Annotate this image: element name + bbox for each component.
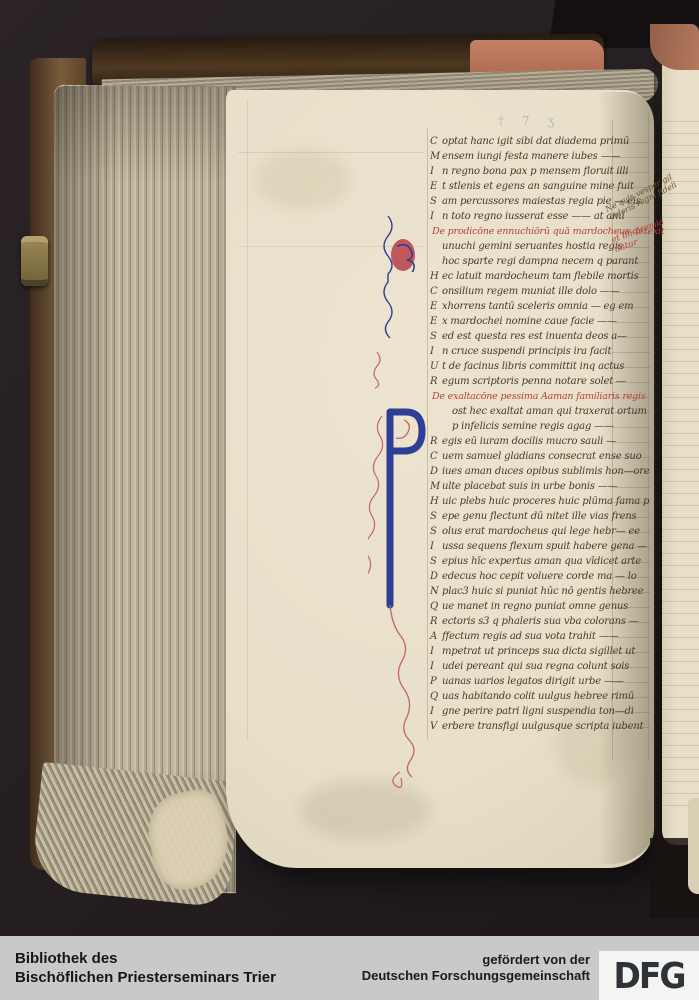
book-clasp — [21, 236, 48, 286]
funding-credit: gefördert von der Deutschen Forschungsge… — [362, 952, 590, 984]
line-initial: V — [430, 719, 442, 734]
line-text: epius hīc expertus aman qua vīdicet arte — [442, 556, 641, 567]
manuscript-line: Diues aman duces opibus sublimis hon—ore — [430, 464, 656, 479]
line-text: ulte placebat suis in urbe bonis —— — [442, 481, 617, 492]
line-text: t stlenis et egens an sanguine mine fuit — [442, 181, 634, 192]
library-name: Bibliothek des Bischöflichen Priestersem… — [15, 949, 276, 987]
manuscript-line: Sed est questa res est inuenta deos a— — [430, 329, 656, 344]
line-initial: R — [430, 434, 442, 449]
line-text: iues aman duces opibus sublimis hon—ore — [442, 466, 650, 477]
manuscript-line: Impetrat ut princeps sua dicta sigillet … — [430, 644, 656, 659]
line-text: ost hec exaltat aman qui traxerat ortum — [452, 406, 647, 417]
manuscript-line: Et stlenis et egens an sanguine mine fui… — [430, 179, 656, 194]
line-initial: S — [430, 524, 442, 539]
manuscript-line: Affectum regis ad sua vota trahit —— — [430, 629, 656, 644]
line-text: ectoris s3 q phaleris sua vba colorans — — [442, 616, 639, 627]
manuscript-line: Sepe genu flectunt dū nitet ille vias fr… — [430, 509, 656, 524]
manuscript-line: Iussa sequens flexum spuit habere gena — — [430, 539, 656, 554]
manuscript-line: Cuem samuel gladians consecrat ense suo — [430, 449, 656, 464]
manuscript-line: ost hec exaltat aman qui traxerat ortum — [440, 404, 656, 419]
line-text: ussa sequens flexum spuit habere gena — — [442, 541, 647, 552]
line-initial: H — [430, 269, 442, 284]
line-initial: I — [430, 659, 442, 674]
line-initial: H — [430, 494, 442, 509]
line-initial: I — [430, 209, 442, 224]
red-pen-flourish — [370, 350, 384, 390]
manuscript-line: In regno bona pax p mensem floruit illi — [430, 164, 656, 179]
line-text: uanas uarios legatos dirigit urbe —— — [442, 676, 624, 687]
line-text: p infelicis semine regis agag —— — [452, 421, 614, 432]
page-edge-sliver — [688, 798, 699, 894]
line-initial: S — [430, 194, 442, 209]
line-text: ue manet in regno puniat omne genus — [442, 601, 628, 612]
line-text: egum scriptoris penna notare solet — — [442, 376, 626, 387]
line-text: ffectum regis ad sua vota trahit —— — [442, 631, 618, 642]
manuscript-line: Rectoris s3 q phaleris sua vba colorans … — [430, 614, 656, 629]
library-name-line1: Bibliothek des — [15, 949, 276, 968]
manuscript-line: Regum scriptoris penna notare solet — — [430, 374, 656, 389]
line-initial: S — [430, 509, 442, 524]
line-initial: D — [430, 569, 442, 584]
manuscript-line: p infelicis semine regis agag —— — [440, 419, 656, 434]
line-text: egis eū iuram docilis mucro sauli — — [442, 436, 616, 447]
funding-credit-line1: gefördert von der — [362, 952, 590, 968]
line-text: xhorrens tantū sceleris omnia — eg em — [442, 301, 633, 312]
manuscript-line: Exhorrens tantū sceleris omnia — eg em — [430, 299, 656, 314]
line-initial: E — [430, 179, 442, 194]
manuscript-line: Nplac3 huic si puniat hūc nō gentis hebr… — [430, 584, 656, 599]
line-text: uem samuel gladians consecrat ense suo — [442, 451, 641, 462]
manuscript-line: Multe placebat suis in urbe bonis —— — [430, 479, 656, 494]
manuscript-line: Dedecus hoc cepit voluere corde ma — lo — [430, 569, 656, 584]
manuscript-line: Mensem iungi festa manere iubes —— — [430, 149, 656, 164]
text-block: Coptat hanc igit sibi dat diadema primūM… — [430, 134, 656, 734]
blue-pen-flourish — [380, 212, 396, 342]
manuscript-line: Igne perire patri ligni suspendia ton—di — [430, 704, 656, 719]
line-text: ensem iungi festa manere iubes —— — [442, 151, 620, 162]
line-initial: A — [430, 629, 442, 644]
manuscript-line: Solus erat mardocheus qui lege hebr— ee — [430, 524, 656, 539]
line-text: epe genu flectunt dū nitet ille vias fre… — [442, 511, 637, 522]
dfg-logo: DFG — [599, 951, 699, 1000]
line-initial: R — [430, 614, 442, 629]
line-initial: U — [430, 359, 442, 374]
line-initial: I — [430, 164, 442, 179]
line-text: n toto regno iusserat esse —— at amī — [442, 211, 624, 222]
line-initial: C — [430, 284, 442, 299]
facing-page-ruling — [662, 110, 699, 810]
line-initial: Q — [430, 689, 442, 704]
manuscript-line: Verbere transfigi uulgusque scripta iube… — [430, 719, 656, 734]
line-text: gne perire patri ligni suspendia ton—di — [442, 706, 634, 717]
manuscript-line: Coptat hanc igit sibi dat diadema primū — [430, 134, 656, 149]
rubric-line: De exaltacōne pessima Aaman familiaris r… — [430, 389, 656, 404]
line-initial: I — [430, 704, 442, 719]
manuscript-line: Regis eū iuram docilis mucro sauli — — [430, 434, 656, 449]
funding-credit-line2: Deutschen Forschungsgemeinschaft — [362, 968, 590, 984]
manuscript-line: Ex mardochei nomine caue facie —— — [430, 314, 656, 329]
digitized-manuscript-screenshot: † 7 ʒ Coptat hanc igit sibi dat diadema … — [0, 0, 699, 1000]
line-text: ed est questa res est inuenta deos a— — [442, 331, 627, 342]
line-text: plac3 huic si puniat hūc nō gentis hebre… — [442, 586, 643, 597]
line-text: udei pereant qui sua regna colunt sois — [442, 661, 629, 672]
parchment-stain — [255, 150, 350, 210]
manuscript-line: Sepius hīc expertus aman qua vīdicet art… — [430, 554, 656, 569]
manuscript-line: Consilium regem muniat ille dolo —— — [430, 284, 656, 299]
ruling-line — [247, 100, 248, 740]
faint-folio-marks: † 7 ʒ — [498, 114, 561, 128]
manuscript-line: hoc sparte regi dampna necem q parant — [430, 254, 656, 269]
manuscript-photo: † 7 ʒ Coptat hanc igit sibi dat diadema … — [0, 0, 699, 936]
line-text: olus erat mardocheus qui lege hebr— ee — [442, 526, 640, 537]
line-text: t de facinus libris committit inq actus — [442, 361, 624, 372]
line-text: ec latuit mardocheum tam flebile mortis — [442, 271, 639, 282]
manuscript-line: Quas habitando colit uulgus hebree rimū — [430, 689, 656, 704]
line-text: hoc sparte regi dampna necem q parant — [442, 256, 638, 267]
line-initial: I — [430, 644, 442, 659]
line-text: onsilium regem muniat ille dolo —— — [442, 286, 619, 297]
line-text: De exaltacōne pessima Aaman familiaris r… — [432, 391, 646, 402]
line-initial: E — [430, 299, 442, 314]
line-text: edecus hoc cepit voluere corde ma — lo — [442, 571, 637, 582]
line-text: n cruce suspendi principis ira facit — [442, 346, 611, 357]
line-initial: M — [430, 479, 442, 494]
ruling-line — [238, 152, 424, 153]
line-initial: M — [430, 149, 442, 164]
manuscript-line: In cruce suspendi principis ira facit — [430, 344, 656, 359]
line-text: uas habitando colit uulgus hebree rimū — [442, 691, 634, 702]
line-initial: E — [430, 314, 442, 329]
line-initial: N — [430, 584, 442, 599]
line-initial: P — [430, 674, 442, 689]
line-text: uic plebs huic proceres huic plūma fama … — [442, 496, 649, 507]
footer-bar: Bibliothek des Bischöflichen Priestersem… — [0, 936, 699, 1000]
line-text: erbere transfigi uulgusque scripta iuben… — [442, 721, 643, 732]
manuscript-line: Huic plebs huic proceres huic plūma fama… — [430, 494, 656, 509]
decorated-initial-p — [368, 400, 428, 792]
manuscript-line: Puanas uarios legatos dirigit urbe —— — [430, 674, 656, 689]
line-initial: S — [430, 329, 442, 344]
manuscript-line: Iudei pereant qui sua regna colunt sois — [430, 659, 656, 674]
line-text: n regno bona pax p mensem floruit illi — [442, 166, 628, 177]
line-text: optat hanc igit sibi dat diadema primū — [442, 136, 629, 147]
line-text: unuchi gemini seruantes hostia regis — [442, 241, 623, 252]
line-initial: I — [430, 344, 442, 359]
dfg-logo-text: DFG — [613, 954, 684, 996]
line-initial: C — [430, 449, 442, 464]
library-name-line2: Bischöflichen Priesterseminars Trier — [15, 968, 276, 987]
line-text: mpetrat ut princeps sua dicta sigillet u… — [442, 646, 635, 657]
line-initial: I — [430, 539, 442, 554]
manuscript-line: Ut de facinus libris committit inq actus — [430, 359, 656, 374]
line-text: x mardochei nomine caue facie —— — [442, 316, 617, 327]
manuscript-line: Que manet in regno puniat omne genus — [430, 599, 656, 614]
line-initial: S — [430, 554, 442, 569]
manuscript-line: Hec latuit mardocheum tam flebile mortis — [430, 269, 656, 284]
line-initial: Q — [430, 599, 442, 614]
line-initial: D — [430, 464, 442, 479]
line-initial: C — [430, 134, 442, 149]
line-initial: R — [430, 374, 442, 389]
